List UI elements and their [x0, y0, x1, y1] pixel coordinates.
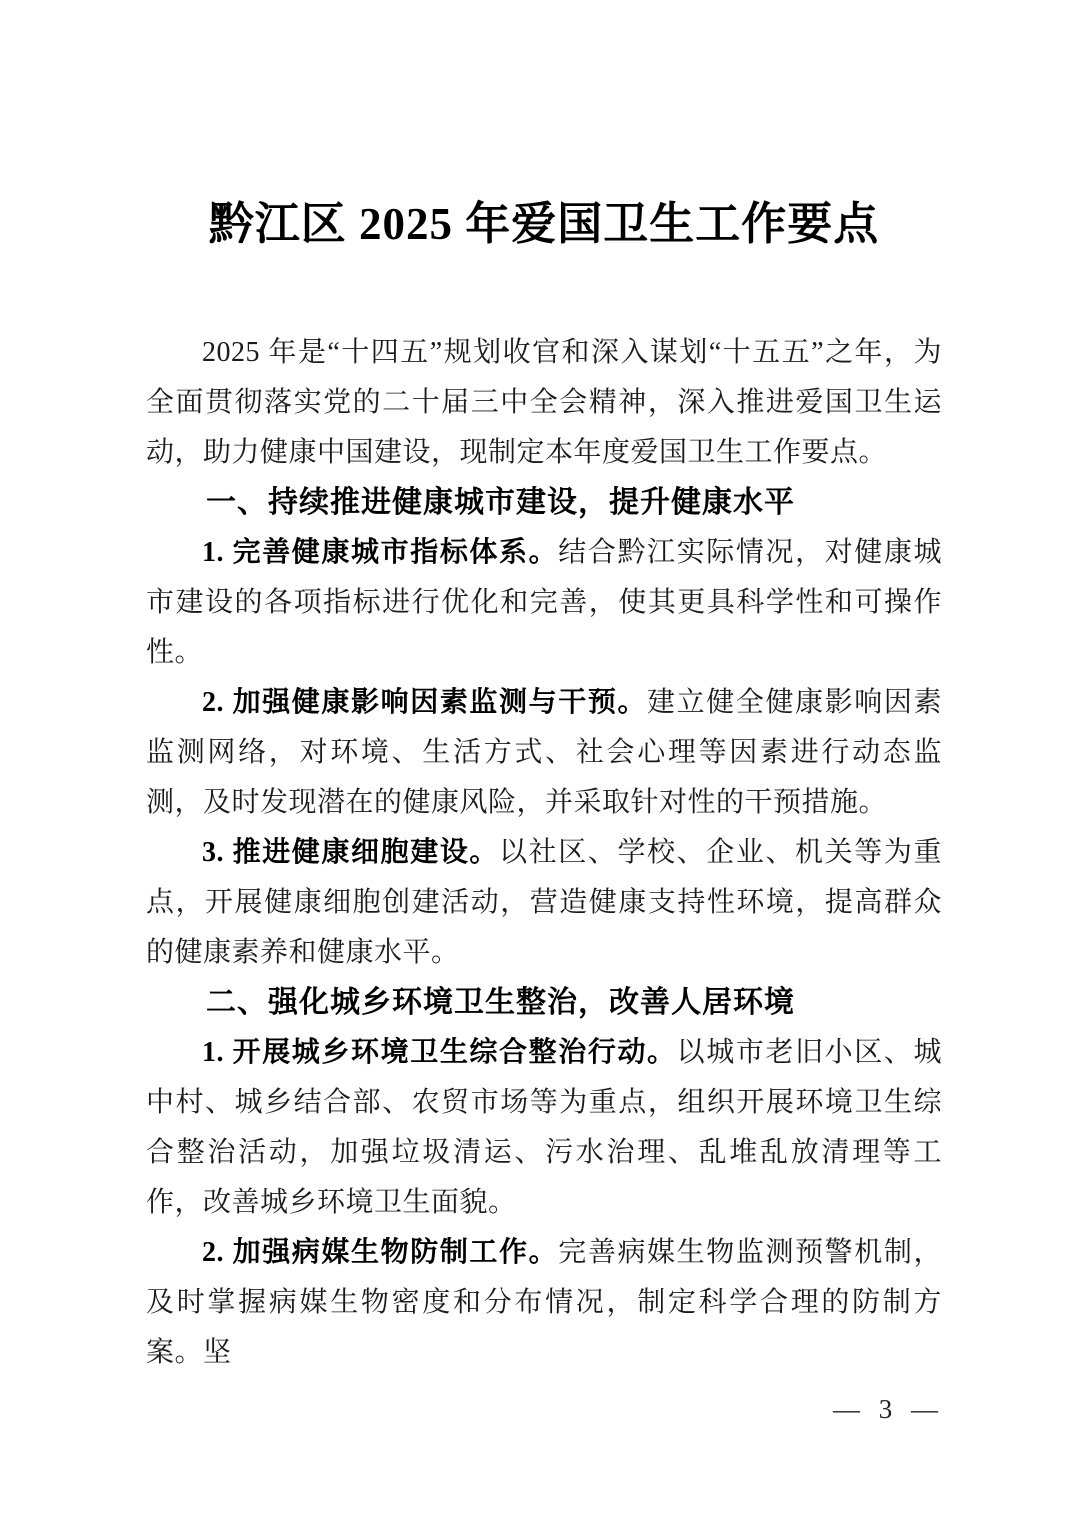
- paragraph-lead: 1. 开展城乡环境卫生综合整治行动。: [202, 1037, 677, 1068]
- paragraph-lead: 2. 加强健康影响因素监测与干预。: [202, 687, 647, 718]
- paragraph-lead: 1. 完善健康城市指标体系。: [202, 537, 558, 568]
- section-1-paragraph-3: 3. 推进健康细胞建设。以社区、学校、企业、机关等为重点，开展健康细胞创建活动，…: [146, 828, 942, 978]
- section-2-heading: 二、强化城乡环境卫生整治，改善人居环境: [146, 978, 942, 1028]
- document-content: 黔江区 2025 年爱国卫生工作要点 2025 年是“十四五”规划收官和深入谋划…: [146, 194, 942, 1378]
- section-1-paragraph-2: 2. 加强健康影响因素监测与干预。建立健全健康影响因素监测网络，对环境、生活方式…: [146, 678, 942, 828]
- intro-paragraph: 2025 年是“十四五”规划收官和深入谋划“十五五”之年，为全面贯彻落实党的二十…: [146, 328, 942, 478]
- section-1-paragraph-1: 1. 完善健康城市指标体系。结合黔江实际情况，对健康城市建设的各项指标进行优化和…: [146, 528, 942, 678]
- section-1-heading: 一、持续推进健康城市建设，提升健康水平: [146, 478, 942, 528]
- page-number: — 3 —: [833, 1392, 944, 1426]
- section-2-paragraph-1: 1. 开展城乡环境卫生综合整治行动。以城市老旧小区、城中村、城乡结合部、农贸市场…: [146, 1028, 942, 1228]
- document-page: 黔江区 2025 年爱国卫生工作要点 2025 年是“十四五”规划收官和深入谋划…: [0, 0, 1074, 1520]
- paragraph-lead: 3. 推进健康细胞建设。: [202, 837, 499, 868]
- document-title: 黔江区 2025 年爱国卫生工作要点: [146, 194, 942, 254]
- paragraph-lead: 2. 加强病媒生物防制工作。: [202, 1237, 558, 1268]
- section-2-paragraph-2: 2. 加强病媒生物防制工作。完善病媒生物监测预警机制，及时掌握病媒生物密度和分布…: [146, 1228, 942, 1378]
